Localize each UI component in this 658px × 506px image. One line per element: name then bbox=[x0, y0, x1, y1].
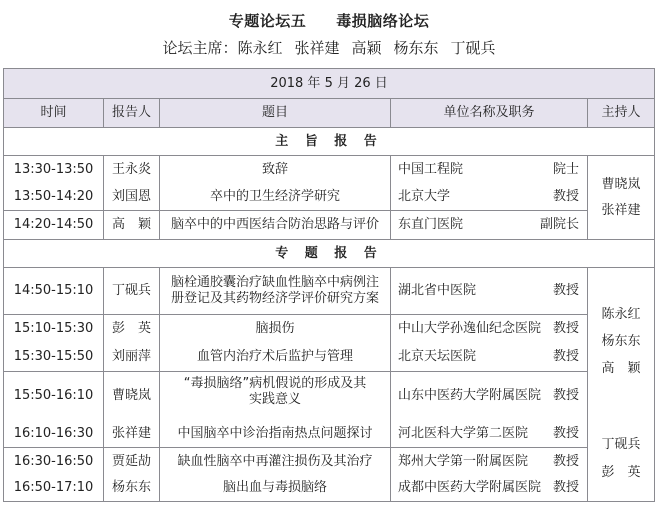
col-header-label: 主持人 bbox=[601, 105, 640, 121]
table-row-time: 14:50-15:10 bbox=[4, 268, 103, 314]
topic-line: “毒损脑络”病机假说的形成及其 bbox=[184, 376, 366, 392]
table-row-speaker: 丁砚兵 bbox=[104, 268, 159, 314]
position: 教授 bbox=[553, 321, 579, 337]
host-name: 高 颖 bbox=[601, 361, 640, 377]
time: 15:30-15:50 bbox=[14, 349, 94, 365]
topic-line: 册登记及其药物经济学评价研究方案 bbox=[171, 291, 379, 307]
col-header-label: 题目 bbox=[262, 105, 288, 121]
position: 教授 bbox=[553, 388, 579, 404]
col-header-speaker: 报告人 bbox=[104, 99, 159, 127]
topic: 中国脑卒中诊治指南热点问题探讨 bbox=[177, 426, 372, 442]
time: 16:10-16:30 bbox=[14, 426, 94, 442]
forum-title-left: 专题论坛五 bbox=[229, 12, 307, 30]
forum-title: 专题论坛五毒损脑络论坛 bbox=[0, 10, 658, 31]
org: 北京天坛医院 bbox=[398, 349, 476, 365]
table-row-topic: 中国脑卒中诊治指南热点问题探讨 bbox=[160, 420, 390, 447]
chair-name: 杨东东 bbox=[394, 39, 439, 57]
table-row-speaker: 彭 英 bbox=[104, 315, 159, 343]
time: 16:50-17:10 bbox=[14, 480, 94, 496]
table-row-topic: 脑出血与毒损脑络 bbox=[160, 475, 390, 501]
date-label: 2018 年 5 月 26 日 bbox=[270, 76, 388, 92]
topic: 血管内治疗术后监护与管理 bbox=[197, 349, 353, 365]
position: 教授 bbox=[553, 349, 579, 365]
speaker: 杨东东 bbox=[112, 480, 151, 496]
time: 13:30-13:50 bbox=[14, 162, 94, 178]
speaker: 刘丽萍 bbox=[112, 349, 151, 365]
speaker: 曹晓岚 bbox=[112, 388, 151, 404]
host-name: 张祥建 bbox=[601, 203, 640, 219]
table-row-org: 中国工程院院士 bbox=[391, 156, 587, 183]
table-row-topic: “毒损脑络”病机假说的形成及其 实践意义 bbox=[160, 372, 390, 412]
position: 教授 bbox=[553, 283, 579, 299]
speaker: 彭 英 bbox=[112, 321, 151, 337]
table-row-org: 山东中医药大学附属医院教授 bbox=[391, 372, 587, 420]
col-header-org: 单位名称及职务 bbox=[391, 99, 587, 127]
host-cell: 陈永红 杨东东 高 颖 bbox=[588, 294, 654, 389]
position: 教授 bbox=[553, 480, 579, 496]
position: 教授 bbox=[553, 454, 579, 470]
col-header-time: 时间 bbox=[4, 99, 103, 127]
speaker: 贾延劼 bbox=[112, 454, 151, 470]
table-row-org: 郑州大学第一附属医院教授 bbox=[391, 448, 587, 475]
section-keynote: 主 旨 报 告 bbox=[4, 128, 654, 155]
topic: 卒中的卫生经济学研究 bbox=[210, 189, 340, 205]
speaker: 张祥建 bbox=[112, 426, 151, 442]
table-row-org: 北京天坛医院教授 bbox=[391, 343, 587, 371]
speaker: 刘国恩 bbox=[112, 189, 151, 205]
speaker: 丁砚兵 bbox=[112, 283, 151, 299]
table-row-org: 东直门医院副院长 bbox=[391, 211, 587, 239]
table-row-speaker: 王永炎 bbox=[104, 156, 159, 183]
org: 中山大学孙逸仙纪念医院 bbox=[398, 321, 541, 337]
org: 北京大学 bbox=[398, 189, 450, 205]
org: 东直门医院 bbox=[398, 217, 463, 233]
org: 中国工程院 bbox=[398, 162, 463, 178]
host-name: 杨东东 bbox=[601, 334, 640, 350]
host-name: 陈永红 bbox=[601, 307, 640, 323]
table-row-time: 13:30-13:50 bbox=[4, 156, 103, 183]
topic: 致辞 bbox=[262, 162, 288, 178]
table-row-speaker: 贾延劼 bbox=[104, 448, 159, 475]
col-header-host: 主持人 bbox=[588, 99, 654, 127]
host-name: 曹晓岚 bbox=[601, 177, 640, 193]
table-row-speaker: 张祥建 bbox=[104, 420, 159, 447]
org: 山东中医药大学附属医院 bbox=[398, 388, 541, 404]
topic: 脑出血与毒损脑络 bbox=[223, 480, 327, 496]
table-row-topic: 致辞 bbox=[160, 156, 390, 183]
table-row-time: 16:10-16:30 bbox=[4, 420, 103, 447]
position: 教授 bbox=[553, 189, 579, 205]
col-header-label: 时间 bbox=[40, 105, 66, 121]
topic: 脑损伤 bbox=[255, 321, 294, 337]
host-name: 彭 英 bbox=[601, 465, 640, 481]
time: 15:10-15:30 bbox=[14, 321, 94, 337]
table-row-topic: 脑栓通胶囊治疗缺血性脑卒中病例注 册登记及其药物经济学评价研究方案 bbox=[160, 268, 390, 314]
table-row-speaker: 高 颖 bbox=[104, 211, 159, 239]
host-cell: 曹晓岚 张祥建 bbox=[588, 156, 654, 239]
time: 14:50-15:10 bbox=[14, 283, 94, 299]
table-row-time: 13:50-14:20 bbox=[4, 183, 103, 210]
forum-chairs: 论坛主席：陈永红张祥建高颖杨东东丁砚兵 bbox=[0, 37, 658, 58]
host-name: 丁砚兵 bbox=[601, 437, 640, 453]
col-header-label: 报告人 bbox=[112, 105, 151, 121]
topic: 脑卒中的中西医结合防治思路与评价 bbox=[171, 217, 379, 233]
date-row: 2018 年 5 月 26 日 bbox=[4, 69, 654, 98]
topic-line: 脑栓通胶囊治疗缺血性脑卒中病例注 bbox=[171, 275, 379, 291]
table-row-topic: 卒中的卫生经济学研究 bbox=[160, 183, 390, 210]
org: 成都中医药大学附属医院 bbox=[398, 480, 541, 496]
org: 湖北省中医院 bbox=[398, 283, 476, 299]
org: 郑州大学第一附属医院 bbox=[398, 454, 528, 470]
speaker: 高 颖 bbox=[112, 217, 151, 233]
time: 14:20-14:50 bbox=[14, 217, 94, 233]
table-row-time: 14:20-14:50 bbox=[4, 211, 103, 239]
col-header-topic: 题目 bbox=[160, 99, 390, 127]
time: 15:50-16:10 bbox=[14, 388, 94, 404]
position: 副院长 bbox=[540, 217, 579, 233]
position: 院士 bbox=[553, 162, 579, 178]
table-row-time: 15:10-15:30 bbox=[4, 315, 103, 343]
org: 河北医科大学第二医院 bbox=[398, 426, 528, 442]
chair-name: 丁砚兵 bbox=[451, 39, 496, 57]
table-row-speaker: 杨东东 bbox=[104, 475, 159, 501]
table-row-time: 15:50-16:10 bbox=[4, 372, 103, 420]
chair-name: 张祥建 bbox=[294, 39, 339, 57]
table-row-org: 河北医科大学第二医院教授 bbox=[391, 420, 587, 447]
table-row-org: 湖北省中医院教授 bbox=[391, 268, 587, 314]
chair-name: 高颖 bbox=[352, 39, 382, 57]
table-row-time: 16:50-17:10 bbox=[4, 475, 103, 501]
chair-name: 陈永红 bbox=[237, 39, 282, 57]
table-row-topic: 脑卒中的中西医结合防治思路与评价 bbox=[160, 211, 390, 239]
table-row-org: 成都中医药大学附属医院教授 bbox=[391, 475, 587, 501]
section-special: 专 题 报 告 bbox=[4, 240, 654, 267]
table-row-org: 北京大学教授 bbox=[391, 183, 587, 210]
section-label: 专 题 报 告 bbox=[275, 246, 383, 262]
section-label: 主 旨 报 告 bbox=[275, 134, 383, 150]
host-cell: 丁砚兵 彭 英 bbox=[588, 429, 654, 489]
table-row-time: 15:30-15:50 bbox=[4, 343, 103, 371]
position: 教授 bbox=[553, 426, 579, 442]
forum-title-right: 毒损脑络论坛 bbox=[336, 12, 429, 30]
time: 16:30-16:50 bbox=[14, 454, 94, 470]
table-row-topic: 血管内治疗术后监护与管理 bbox=[160, 343, 390, 371]
speaker: 王永炎 bbox=[112, 162, 151, 178]
schedule-table: 2018 年 5 月 26 日 时间 报告人 题目 单位名称及职务 主持人 主 … bbox=[3, 68, 655, 502]
time: 13:50-14:20 bbox=[14, 189, 94, 205]
table-row-topic: 缺血性脑卒中再灌注损伤及其治疗 bbox=[160, 448, 390, 475]
table-row-time: 16:30-16:50 bbox=[4, 448, 103, 475]
topic-line: 实践意义 bbox=[249, 392, 301, 408]
table-row-org: 中山大学孙逸仙纪念医院教授 bbox=[391, 315, 587, 343]
col-header-label: 单位名称及职务 bbox=[443, 105, 534, 121]
chairs-label: 论坛主席： bbox=[162, 39, 237, 57]
table-row-topic: 脑损伤 bbox=[160, 315, 390, 343]
table-row-speaker: 刘国恩 bbox=[104, 183, 159, 210]
topic: 缺血性脑卒中再灌注损伤及其治疗 bbox=[177, 454, 372, 470]
table-row-speaker: 刘丽萍 bbox=[104, 343, 159, 371]
table-row-speaker: 曹晓岚 bbox=[104, 372, 159, 420]
